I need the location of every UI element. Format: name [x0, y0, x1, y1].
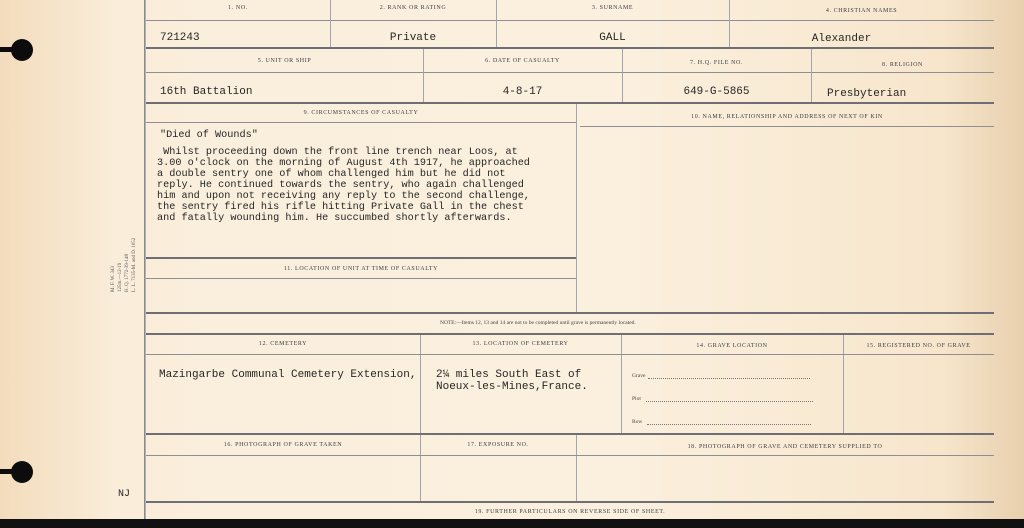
date-value: 4-8-17 — [423, 86, 622, 98]
rule — [146, 278, 576, 279]
label-cemetery: 12. Cemetery — [146, 341, 420, 347]
clerk-initials: NJ — [118, 489, 130, 500]
label-next-of-kin: 10. Name, Relationship and Address of Ne… — [580, 114, 994, 120]
label-cemetery-location: 13. Location of Cemetery — [420, 341, 621, 347]
row-label: Row — [632, 419, 642, 425]
label-date: 6. Date of Casualty — [423, 58, 622, 64]
christian-names-value: Alexander — [729, 33, 954, 45]
grave-line — [648, 378, 810, 379]
binder-hole-bottom — [11, 461, 33, 483]
label-photo-supplied: 18. Photograph of Grave and Cemetery Sup… — [576, 444, 994, 450]
note-text: NOTE:—Items 12, 13 and 14 are not to be … — [440, 320, 636, 326]
rule — [146, 72, 994, 73]
religion-value: Presbyterian — [827, 88, 906, 100]
rule — [146, 122, 576, 123]
rule — [146, 433, 994, 435]
rule — [146, 455, 994, 456]
divider — [576, 104, 577, 312]
label-surname: 3. Surname — [496, 5, 729, 11]
row-line — [647, 424, 811, 425]
circumstances-line-2: 3.00 o'clock on the morning of August 4t… — [157, 158, 530, 169]
plot-label: Plot — [632, 396, 641, 402]
label-photo-taken: 16. Photograph of Grave Taken — [146, 442, 420, 448]
label-circumstances: 9. Circumstances of Casualty — [146, 110, 576, 116]
circumstances-heading: "Died of Wounds" — [160, 130, 258, 141]
rule — [146, 47, 994, 49]
rank-value: Private — [330, 32, 496, 44]
cemetery-location-line-1: 2¼ miles South East of — [436, 369, 581, 381]
rule — [146, 257, 576, 259]
divider — [811, 49, 812, 102]
circumstances-line-7: and fatally wounding him. He succumbed s… — [157, 213, 512, 224]
label-further-particulars: 19. Further Particulars on Reverse Side … — [146, 509, 994, 515]
rule — [146, 102, 994, 104]
label-no: 1. No. — [146, 5, 330, 11]
label-exposure: 17. Exposure No. — [420, 442, 576, 448]
unit-value: 16th Battalion — [160, 86, 252, 98]
plot-line — [646, 401, 813, 402]
circumstances-line-5: him and upon not receiving any reply to … — [157, 191, 530, 202]
binder-hole-top — [11, 39, 33, 61]
circumstances-line-3: a double sentry one of whom challenged h… — [157, 169, 505, 180]
rule — [146, 333, 994, 335]
card-bottom-edge — [0, 519, 1024, 528]
label-hq-file: 7. H.Q. File No. — [622, 60, 811, 66]
cemetery-location-line-2: Noeux-les-Mines,France. — [436, 381, 588, 393]
surname-value: GALL — [496, 32, 729, 44]
rule — [580, 126, 994, 127]
label-christian-names: 4. Christian Names — [729, 8, 994, 14]
rule — [146, 354, 994, 355]
casualty-card: M. F. W. 343 125m.—12-19 H. Q. 1772-39-1… — [0, 0, 1024, 528]
divider — [621, 335, 622, 433]
label-unit: 5. Unit or Ship — [146, 58, 423, 64]
grave-label: Grave — [632, 373, 645, 379]
label-rank: 2. Rank or Rating — [330, 5, 496, 11]
cemetery-value: Mazingarbe Communal Cemetery Extension, — [159, 369, 416, 381]
label-registered-no: 15. Registered No. of Grave — [843, 343, 994, 349]
label-location-of-unit: 11. Location of Unit at Time of Casualty — [146, 266, 576, 272]
divider — [843, 335, 844, 433]
rule — [146, 20, 994, 21]
rule — [146, 312, 994, 314]
label-religion: 8. Religion — [811, 62, 994, 68]
circumstances-line-6: the sentry fired his rifle hitting Priva… — [157, 202, 524, 213]
label-grave-location: 14. Grave Location — [621, 343, 843, 349]
circumstances-line-1: Whilst proceeding down the front line tr… — [157, 147, 518, 158]
print-code: M. F. W. 343 125m.—12-19 H. Q. 1772-39-1… — [110, 238, 138, 292]
hq-file-value: 649-G-5865 — [622, 86, 811, 98]
circumstances-line-4: reply. He continued towards the sentry, … — [157, 180, 524, 191]
rule — [146, 501, 994, 503]
service-number: 721243 — [160, 32, 200, 44]
divider — [420, 335, 421, 433]
